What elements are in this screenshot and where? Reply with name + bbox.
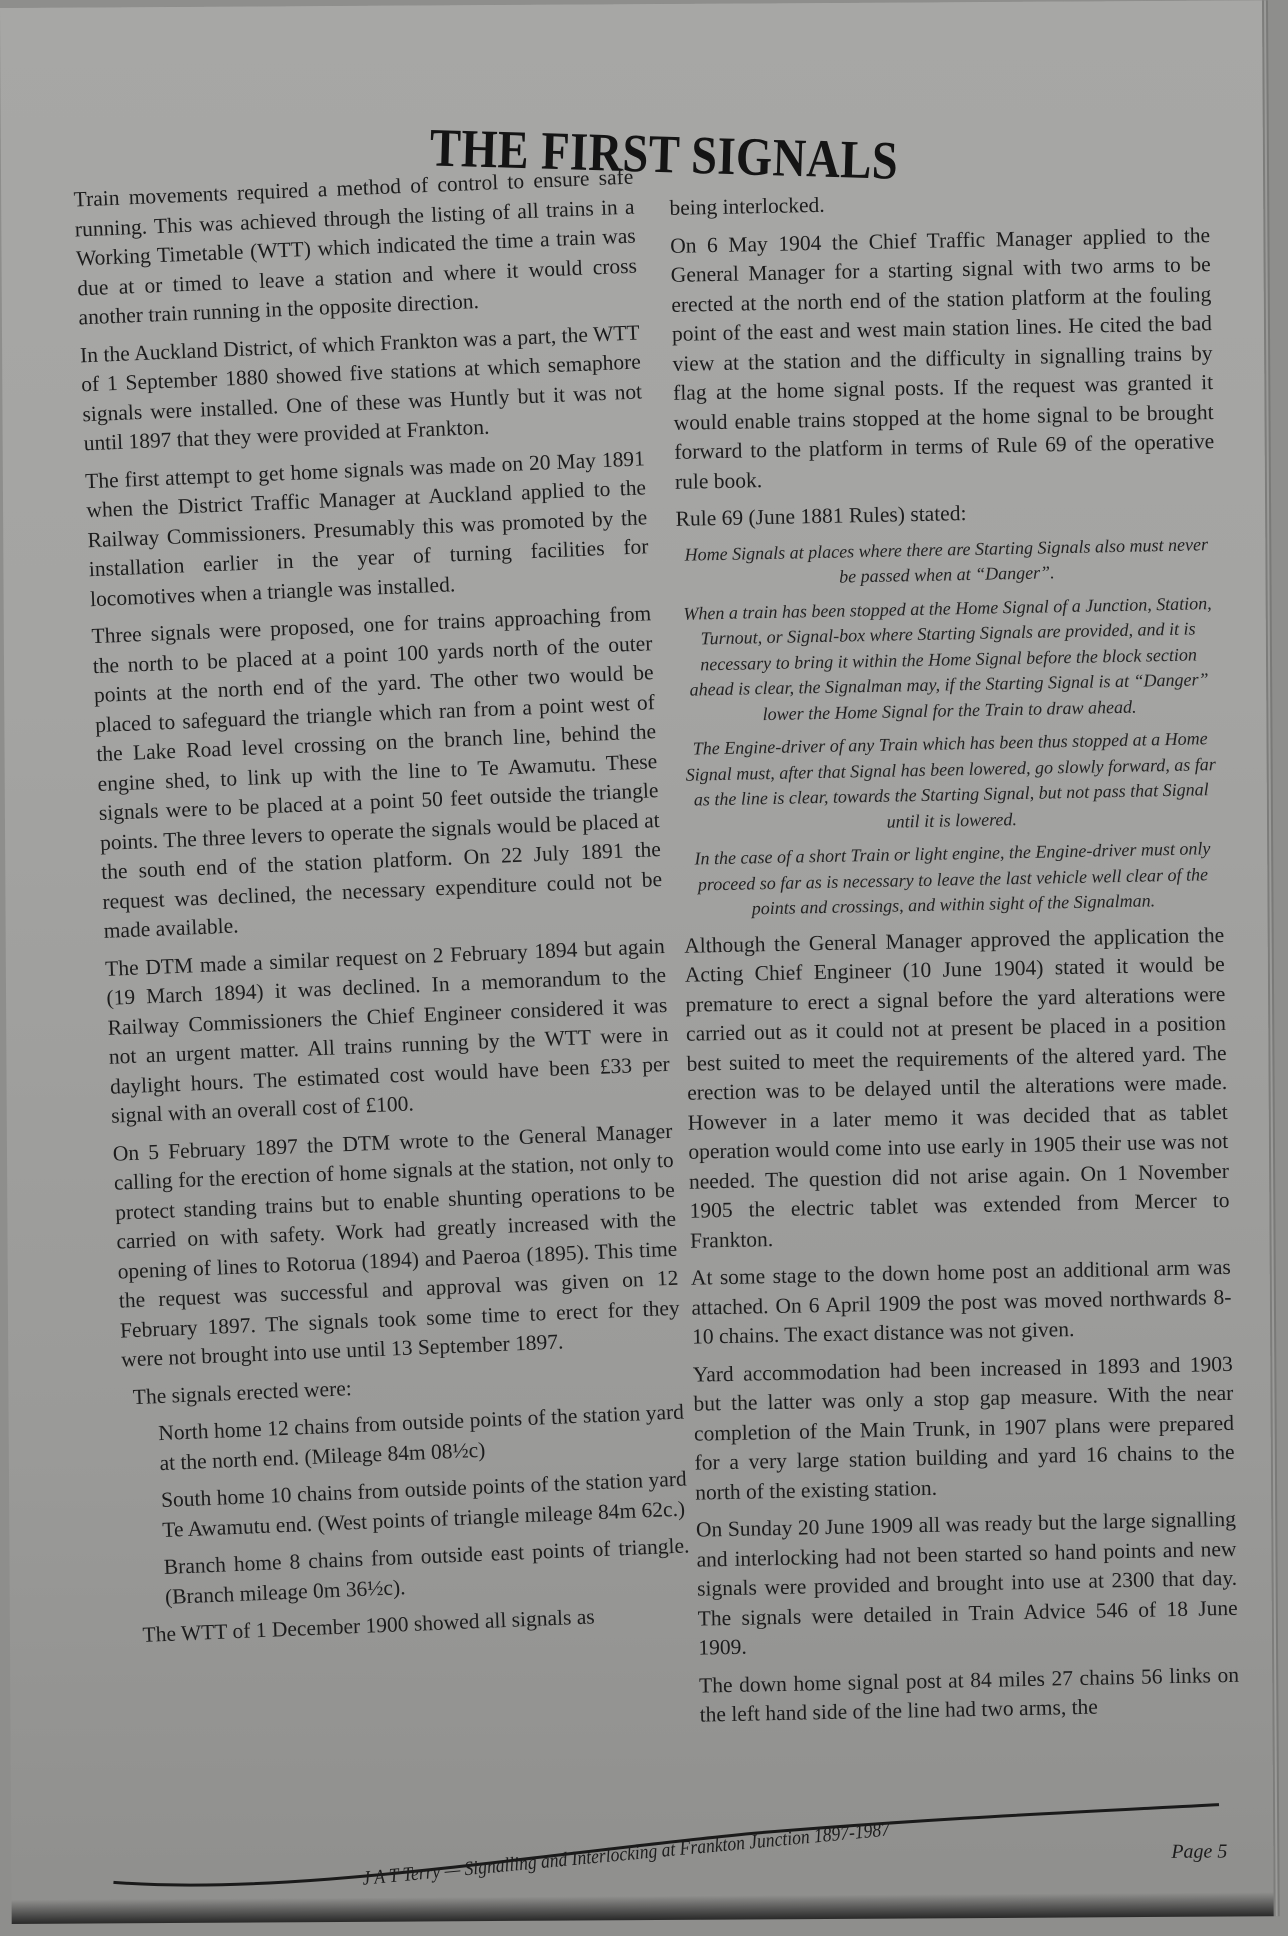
- paragraph: The DTM made a similar request on 2 Febr…: [105, 931, 672, 1131]
- page-bottom-shadow: [12, 1892, 1274, 1924]
- paragraph: On Sunday 20 June 1909 all was ready but…: [696, 1505, 1239, 1663]
- rule-quote: Home Signals at places where there are S…: [676, 532, 1217, 594]
- paragraph-continuation: being interlocked.: [669, 183, 1209, 223]
- book-page: THE FIRST SIGNALS Train movements requir…: [0, 0, 1274, 1924]
- paragraph: The down home signal post at 84 miles 27…: [699, 1660, 1240, 1730]
- paragraph: On 5 February 1897 the DTM wrote to the …: [112, 1116, 681, 1375]
- left-column: Train movements required a method of con…: [73, 163, 693, 1659]
- rule-quote: The Engine-driver of any Train which has…: [680, 726, 1222, 839]
- paragraph: Yard accommodation had been increased in…: [693, 1349, 1236, 1507]
- paragraph: The first attempt to get home signals wa…: [85, 444, 651, 614]
- paragraph: Although the General Manager approved th…: [684, 920, 1230, 1255]
- paragraph: On 6 May 1904 the Chief Traffic Manager …: [670, 221, 1215, 497]
- paragraph: At some stage to the down home post an a…: [691, 1253, 1233, 1352]
- rule-quote: In the case of a short Train or light en…: [682, 836, 1223, 923]
- page-number: Page 5: [1171, 1841, 1227, 1864]
- rule-intro: Rule 69 (June 1881 Rules) stated:: [675, 494, 1215, 534]
- paragraph: In the Auckland District, of which Frank…: [79, 318, 643, 459]
- right-column: being interlocked. On 6 May 1904 the Chi…: [669, 183, 1240, 1738]
- paragraph: Train movements required a method of con…: [73, 163, 639, 333]
- paragraph: Three signals were proposed, one for tra…: [91, 599, 664, 946]
- rule-quote: When a train has been stopped at the Hom…: [677, 590, 1219, 728]
